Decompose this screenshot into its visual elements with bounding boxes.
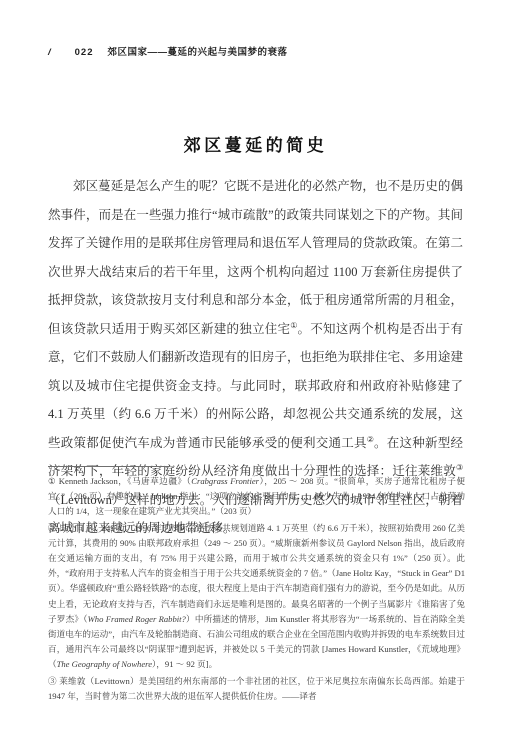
footnote-ref: ③ xyxy=(456,463,463,472)
text-run: ② 出处同上，249 页。1956 年的州际公路法案共规划道路 4. 1 万英里… xyxy=(48,523,465,624)
footnote-list: ① Kenneth Jackson，《马唐草边疆》（Crabgrass Fron… xyxy=(48,474,465,705)
footnote: ③ 莱维敦（Levittown）是美国纽约州东南部的一个非社团的社区，位于米尼奥… xyxy=(48,674,465,704)
book-title: 郊区国家——蔓延的兴起与美国梦的衰落 xyxy=(108,44,288,58)
footnote: ① Kenneth Jackson，《马唐草边疆》（Crabgrass Fron… xyxy=(48,474,465,520)
chapter-title: 郊区蔓延的简史 xyxy=(0,131,511,156)
text-run: ），91 ～ 92 页]。 xyxy=(152,659,217,669)
page-number: 022 xyxy=(75,47,94,58)
latin-title: Crabgrass Frontier xyxy=(191,476,259,486)
text-run: 郊区蔓延是怎么产生的呢？它既不是进化的必然产物，也不是历史的偶然事件，而是在一些… xyxy=(48,179,463,336)
text-run: ③ 莱维敦（Levittown）是美国纽约州东南部的一个非社团的社区，位于米尼奥… xyxy=(48,676,465,701)
latin-title: Who Framed Roger Rabbit? xyxy=(88,614,186,624)
footnote-ref: ② xyxy=(367,434,374,443)
header-slash: / xyxy=(48,47,51,58)
footnote: ② 出处同上，249 页。1956 年的州际公路法案共规划道路 4. 1 万英里… xyxy=(48,521,465,673)
footnote-separator xyxy=(48,466,170,467)
text-run: 。不知这两个机构是否出于有意，它们不鼓励人们翻新改造现有的旧房子，也拒绝为联排住… xyxy=(48,322,463,450)
text-run: ① Kenneth Jackson，《马唐草边疆》（ xyxy=(48,476,191,486)
running-header: / 022 郊区国家——蔓延的兴起与美国梦的衰落 xyxy=(48,44,463,58)
latin-title: The Geography of Nowhere xyxy=(57,659,152,669)
book-page: / 022 郊区国家——蔓延的兴起与美国梦的衰落 郊区蔓延的简史 郊区蔓延是怎么… xyxy=(0,0,511,750)
